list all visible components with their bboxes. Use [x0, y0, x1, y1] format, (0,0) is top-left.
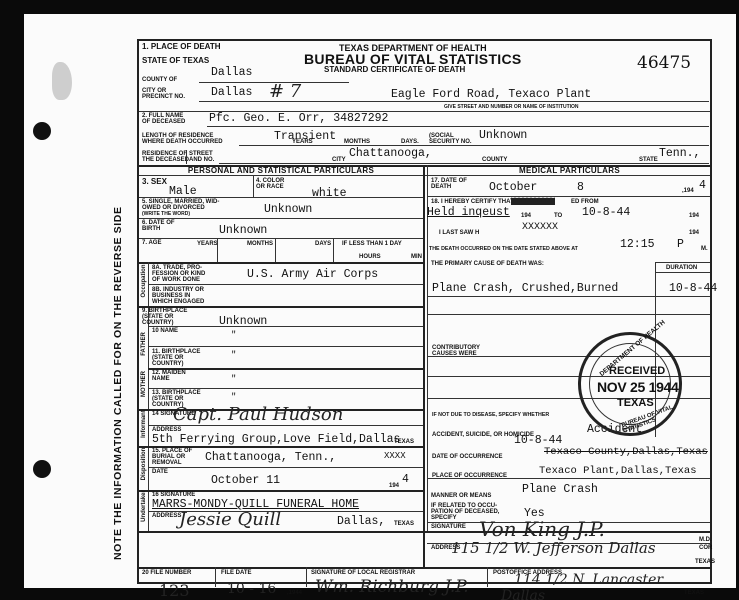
stamp-date: NOV 25 1944 — [597, 379, 679, 395]
po-address-line2: Dallas — [501, 588, 545, 600]
residence-state: Tenn., — [659, 147, 700, 160]
physician-sig-label: SIGNATURE — [431, 524, 466, 531]
stamp-received: RECEIVED — [609, 365, 665, 377]
last-saw-label: I LAST SAW H — [439, 230, 479, 237]
manner-value: Plane Crash — [522, 483, 598, 496]
occurrence-date-label: DATE OF OCCURRENCE — [432, 454, 503, 461]
father-tab: FATHER — [141, 324, 147, 364]
undertaker-signature: Jessie Quill — [179, 509, 281, 530]
marital-label-3: (WRITE THE WORD) — [142, 211, 190, 218]
street-value: Eagle Ford Road, Texaco Plant — [391, 88, 591, 101]
color-label-2: OR RACE — [256, 184, 284, 191]
file-date-label: FILE DATE — [221, 570, 252, 577]
duration-label: DURATION — [666, 265, 697, 272]
physician-address: 115 1/2 W. Jefferson Dallas — [451, 539, 656, 557]
trade-label-3: OF WORK DONE — [152, 277, 200, 284]
registrar-sig-label: SIGNATURE OF LOCAL REGISTRAR — [311, 570, 415, 577]
residence-length-label-2: WHERE DEATH OCCURRED — [142, 139, 223, 146]
occurrence-date-strike: Texaco County,Dallas,Texas — [544, 446, 708, 458]
meridiem: P — [677, 238, 684, 251]
year-blank-3: 194 — [689, 230, 699, 237]
state-label: STATE OF TEXAS — [142, 57, 209, 65]
age-years-label: YEARS — [197, 241, 218, 248]
attended-to: 10-8-44 — [582, 206, 630, 219]
informant-address: 5th Ferrying Group,Love Field,Dallas — [152, 433, 400, 446]
burial-place: Chattanooga, Tenn., — [205, 451, 336, 464]
street-caption: GIVE STREET AND NUMBER OR NAME OF INSTIT… — [444, 104, 579, 111]
age-less-label: IF LESS THAN 1 DAY — [342, 241, 402, 248]
binder-hole-top — [33, 122, 51, 140]
binder-hole-bottom — [33, 460, 51, 478]
county-label: COUNTY OF — [142, 77, 177, 84]
precinct-value: # 7 — [269, 81, 301, 102]
father-name-label: 10 NAME — [152, 328, 178, 335]
informant-signature: Capt. Paul Hudson — [173, 404, 343, 425]
mother-tab: MOTHER — [141, 364, 147, 404]
occupation-tab: Occupation — [141, 261, 147, 301]
marital-value: Unknown — [264, 203, 312, 216]
dod-day: 8 — [577, 181, 584, 194]
not-disease-label: IF NOT DUE TO DISEASE, SPECIFY WHETHER — [432, 412, 549, 419]
informant-tab: Informant — [141, 404, 147, 444]
paper-tear — [52, 62, 72, 100]
sex-label: 3. SEX — [142, 178, 167, 186]
reverse-side-note: NOTE THE INFORMATION CALLED FOR ON THE R… — [112, 206, 124, 560]
personal-section-title: PERSONAL AND STATISTICAL PARTICULARS — [139, 166, 423, 175]
city-label-2: PRECINCT NO. — [142, 94, 185, 101]
dob-label-2: BIRTH — [142, 226, 160, 233]
age-hours-label: HOURS — [359, 254, 381, 261]
dod-year-prefix: ,194 — [682, 188, 694, 195]
dod-month: October — [489, 181, 537, 194]
attended-from: Held inqeust — [427, 206, 510, 219]
primary-duration: 10-8-44 — [669, 282, 717, 295]
age-months-label: MONTHS — [247, 241, 273, 248]
mother-name-label-2: NAME — [152, 376, 170, 383]
deceased-name: Pfc. Geo. E. Orr, 34827292 — [209, 112, 388, 125]
form-title: STANDARD CERTIFICATE OF DEATH — [324, 65, 465, 74]
dod-label-2: DEATH — [431, 184, 451, 191]
physician-signature: Von King J.P. — [479, 517, 605, 541]
undertaker-texas: TEXAS — [394, 521, 414, 528]
po-address-line1: 114 1/2 N. Lancaster — [514, 572, 663, 588]
age-days-label: DAYS — [315, 241, 331, 248]
medical-section-title: MEDICAL PARTICULARS — [429, 166, 710, 175]
time-label: THE DEATH OCCURRED ON THE DATE STATED AB… — [429, 246, 578, 253]
city-value: Dallas — [211, 86, 252, 99]
disposition-tab: Disposition — [141, 444, 147, 484]
received-stamp: DEPARTMENT OF HEALTH RECEIVED NOV 25 194… — [578, 332, 682, 436]
meridiem-suffix: M. — [701, 246, 708, 253]
street-label-2: AND NO. — [189, 157, 214, 164]
death-time: 12:15 — [620, 238, 655, 251]
certify-from: ED FROM — [571, 199, 599, 206]
ssn-value: Unknown — [479, 129, 527, 142]
certificate-number: 46475 — [637, 53, 691, 73]
residence-city: Chattanooga, — [349, 147, 432, 160]
residence-label-2: THE DECEASED — [142, 157, 189, 164]
primary-cause-label: THE PRIMARY CAUSE OF DEATH WAS: — [431, 261, 544, 268]
to-label: TO — [554, 213, 562, 220]
age-label: 7. AGE — [142, 240, 161, 247]
year-blank-2: 194 — [689, 213, 699, 220]
related-label-3: SPECIFY — [431, 515, 457, 522]
undertaker-addr-label: ADDRESS — [152, 513, 181, 520]
informant-texas: TEXAS — [394, 439, 414, 446]
manner-label: MANNER OR MEANS — [431, 493, 491, 500]
place-of-death-label: 1. PLACE OF DEATH — [142, 43, 221, 51]
occurrence-place: Texaco Plant,Dallas,Texas — [539, 465, 697, 477]
physician-texas: TEXAS — [695, 559, 715, 566]
last-saw-value: XXXXXX — [522, 222, 558, 233]
primary-cause: Plane Crash, Crushed,Burned — [432, 282, 618, 295]
father-bp-label-3: COUNTRY) — [152, 361, 183, 368]
burial-state-strike: XXXX — [384, 451, 406, 461]
year-blank-1: 194 — [521, 213, 531, 220]
father-bp-value: " — [231, 350, 236, 360]
death-certificate-form: 1. PLACE OF DEATH STATE OF TEXAS TEXAS D… — [137, 39, 712, 584]
burial-label-3: REMOVAL — [152, 460, 182, 467]
mother-bp-value: " — [231, 392, 236, 402]
file-number: 123 — [159, 581, 190, 600]
certify-redacted: XXXXXXXXXXX — [511, 198, 555, 205]
undertaker-tab: Undertaker — [141, 486, 147, 526]
mother-name-value: " — [231, 374, 236, 384]
file-number-label: 20 FILE NUMBER — [142, 570, 191, 577]
dod-year-suffix: 4 — [699, 179, 706, 192]
file-year: ,1944 — [287, 590, 302, 597]
burial-date-label: DATE — [152, 469, 168, 476]
burial-date: October 11 — [211, 474, 280, 487]
registrar-texas: TEXAS — [684, 590, 704, 597]
industry-label-3: WHICH ENGAGED — [152, 299, 204, 306]
registrar-signature: Wm. Richburg J.P. — [315, 577, 469, 597]
trade-value: U.S. Army Air Corps — [247, 268, 378, 281]
cor-label: COR — [699, 545, 712, 552]
county-value: Dallas — [211, 66, 252, 79]
file-date: 10 - 16 — [227, 581, 276, 597]
color-value: white — [312, 187, 347, 200]
undertaker-city: Dallas, — [337, 515, 385, 528]
burial-year-prefix: 194 — [389, 483, 399, 490]
age-min-label: MIN — [411, 254, 422, 261]
burial-year-suffix: 4 — [402, 473, 409, 486]
father-name-value: " — [231, 330, 236, 340]
dob-value: Unknown — [219, 224, 267, 237]
name-label-2: OF DECEASED — [142, 119, 185, 126]
certify-label: 18. I HEREBY CERTIFY THAT I — [431, 199, 517, 206]
stamp-state: TEXAS — [617, 397, 654, 409]
